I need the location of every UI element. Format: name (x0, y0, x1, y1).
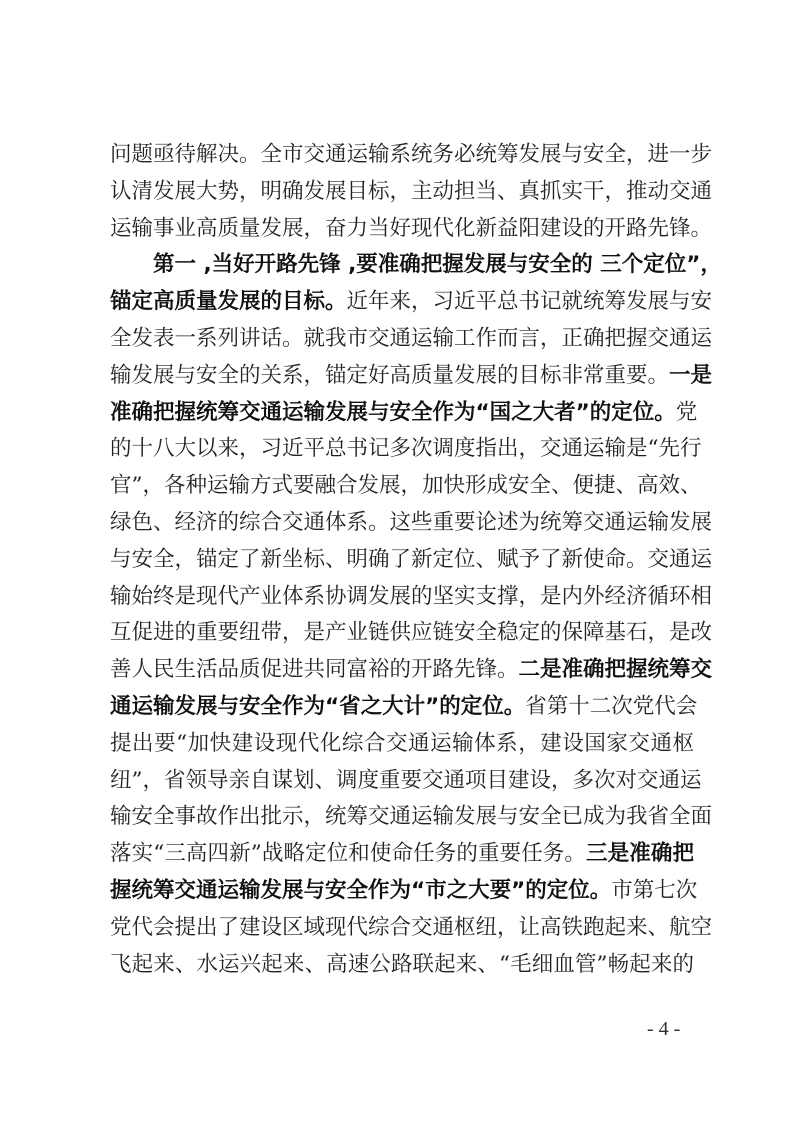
text-line: 全发表一系列讲话。就我市交通运输工作而言，正确把握交通运 (110, 321, 694, 358)
text-line: 输发展与安全的关系，锚定好高质量发展的目标非常重要。一是 (110, 358, 694, 395)
text-line: 准确把握统筹交通运输发展与安全作为“国之大者”的定位。党 (110, 395, 694, 432)
text-segment: 认清发展大势，明确发展目标，主动担当、真抓实干，推动交通 (110, 179, 712, 204)
text-segment: 市第七次 (611, 878, 697, 903)
document-body: 问题亟待解决。全市交通运输系统务必统筹发展与安全，进一步认清发展大势，明确发展目… (110, 137, 694, 983)
text-line: 输安全事故作出批示，统筹交通运输发展与安全已成为我省全面 (110, 799, 694, 836)
text-segment: 与安全，锚定了新坐标、明确了新定位、赋予了新使命。交通运 (110, 547, 712, 572)
bold-text-segment: 二是准确把握统筹交 (519, 657, 713, 682)
page-number: - 4 - (647, 1018, 680, 1041)
text-line: 落实“三高四新”战略定位和使命任务的重要任务。三是准确把 (110, 836, 694, 873)
text-segment: 的十八大以来，习近平总书记多次调度指出，交通运输是“先行 (110, 436, 702, 461)
text-line: 输始终是现代产业体系协调发展的坚实支撑，是内外经济循环相 (110, 579, 694, 616)
text-line: 运输事业高质量发展，奋力当好现代化新益阳建设的开路先锋。 (110, 211, 694, 248)
text-segment: 绿色、经济的综合交通体系。这些重要论述为统筹交通运输发展 (110, 510, 712, 535)
text-line: 锚定高质量发展的目标。近年来，习近平总书记就统筹发展与安 (110, 284, 694, 321)
text-segment: 全发表一系列讲话。就我市交通运输工作而言，正确把握交通运 (110, 326, 712, 351)
bold-text-segment: 准确把握统筹交通运输发展与安全作为“国之大者”的定位。 (110, 400, 676, 425)
text-line: 的十八大以来，习近平总书记多次调度指出，交通运输是“先行 (110, 431, 694, 468)
text-line: 互促进的重要纽带，是产业链供应链安全稳定的保障基石，是改 (110, 615, 694, 652)
text-line: 善人民生活品质促进共同富裕的开路先锋。二是准确把握统筹交 (110, 652, 694, 689)
text-segment: 善人民生活品质促进共同富裕的开路先锋。 (110, 657, 519, 682)
bold-text-segment: 一是 (669, 363, 712, 388)
text-line: 官”，各种运输方式要融合发展，加快形成安全、便捷、高效、 (110, 468, 694, 505)
text-segment: 纽”，省领导亲自谋划、调度重要交通项目建设，多次对交通运 (110, 768, 702, 793)
text-line: 党代会提出了建设区域现代综合交通枢纽，让高铁跑起来、航空 (110, 910, 694, 947)
text-line: 握统筹交通运输发展与安全作为“市之大要”的定位。市第七次 (110, 873, 694, 910)
text-line: 与安全，锚定了新坐标、明确了新定位、赋予了新使命。交通运 (110, 542, 694, 579)
text-segment: 飞起来、水运兴起来、高速公路联起来、“毛细血管”畅起来的 (110, 952, 694, 977)
text-line: 通运输发展与安全作为“省之大计”的定位。省第十二次党代会 (110, 689, 694, 726)
text-line: 认清发展大势，明确发展目标，主动担当、真抓实干，推动交通 (110, 174, 694, 211)
bold-text-segment: 三是准确把 (586, 841, 694, 866)
text-segment: 近年来，习近平总书记就统筹发展与安 (347, 289, 713, 314)
text-segment: 问题亟待解决。全市交通运输系统务必统筹发展与安全，进一步 (110, 142, 712, 167)
bold-text-segment: 握统筹交通运输发展与安全作为“市之大要”的定位。 (110, 878, 611, 903)
text-line: 飞起来、水运兴起来、高速公路联起来、“毛细血管”畅起来的 (110, 947, 694, 984)
bold-text-segment: 通运输发展与安全作为“省之大计”的定位。 (110, 694, 525, 719)
text-segment: 互促进的重要纽带，是产业链供应链安全稳定的保障基石，是改 (110, 620, 712, 645)
text-segment: 运输事业高质量发展，奋力当好现代化新益阳建设的开路先锋。 (110, 216, 712, 241)
text-segment: 落实“三高四新”战略定位和使命任务的重要任务。 (110, 841, 586, 866)
text-segment: 党代会提出了建设区域现代综合交通枢纽，让高铁跑起来、航空 (110, 915, 712, 940)
text-segment: 输始终是现代产业体系协调发展的坚实支撑，是内外经济循环相 (110, 584, 712, 609)
text-segment: 输发展与安全的关系，锚定好高质量发展的目标非常重要。 (110, 363, 669, 388)
text-segment: 省第十二次党代会 (525, 694, 697, 719)
text-segment: 输安全事故作出批示，统筹交通运输发展与安全已成为我省全面 (110, 804, 712, 829)
text-segment: 官”，各种运输方式要融合发展，加快形成安全、便捷、高效、 (110, 473, 702, 498)
text-line: 绿色、经济的综合交通体系。这些重要论述为统筹交通运输发展 (110, 505, 694, 542)
text-segment: 提出要“加快建设现代化综合交通运输体系，建设国家交通枢 (110, 731, 694, 756)
bold-text-segment: 锚定高质量发展的目标。 (110, 289, 347, 314)
text-line: 问题亟待解决。全市交通运输系统务必统筹发展与安全，进一步 (110, 137, 694, 174)
text-line: 纽”，省领导亲自谋划、调度重要交通项目建设，多次对交通运 (110, 763, 694, 800)
bold-text-segment: 第一 ,当好开路先锋 ,要准确把握发展与安全的 三个定位”， (110, 252, 722, 277)
text-segment: 党 (676, 400, 698, 425)
text-line: 第一 ,当好开路先锋 ,要准确把握发展与安全的 三个定位”， (110, 247, 694, 284)
text-line: 提出要“加快建设现代化综合交通运输体系，建设国家交通枢 (110, 726, 694, 763)
